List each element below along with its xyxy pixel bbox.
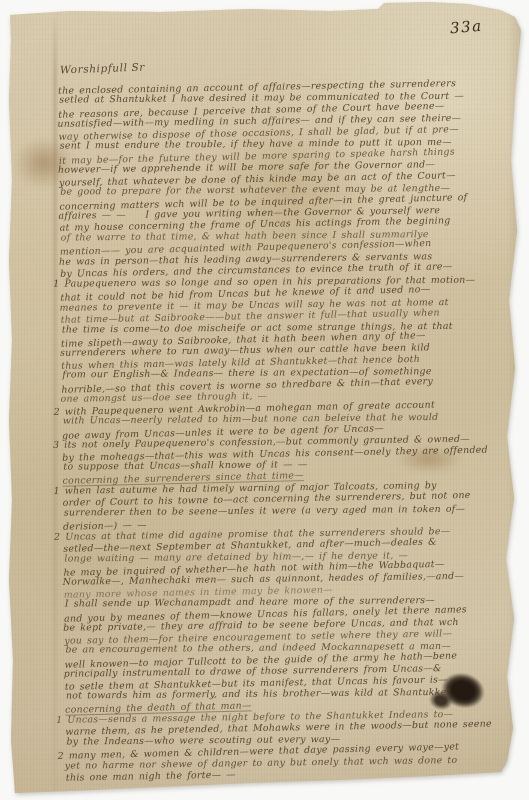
manuscript-body: the enclosed containing an account of af… — [58, 79, 522, 783]
fold-crease — [53, 10, 57, 792]
manuscript-paper-shadow: 33a Worshipfull Sr the enclosed containi… — [0, 0, 529, 800]
folio-number: 33a — [449, 17, 483, 38]
salutation: Worshipfull Sr — [60, 62, 145, 77]
scan-backdrop: { "page": { "backdrop_color": "#f8f8f6",… — [0, 0, 529, 800]
manuscript-paper: 33a Worshipfull Sr the enclosed containi… — [0, 0, 529, 800]
